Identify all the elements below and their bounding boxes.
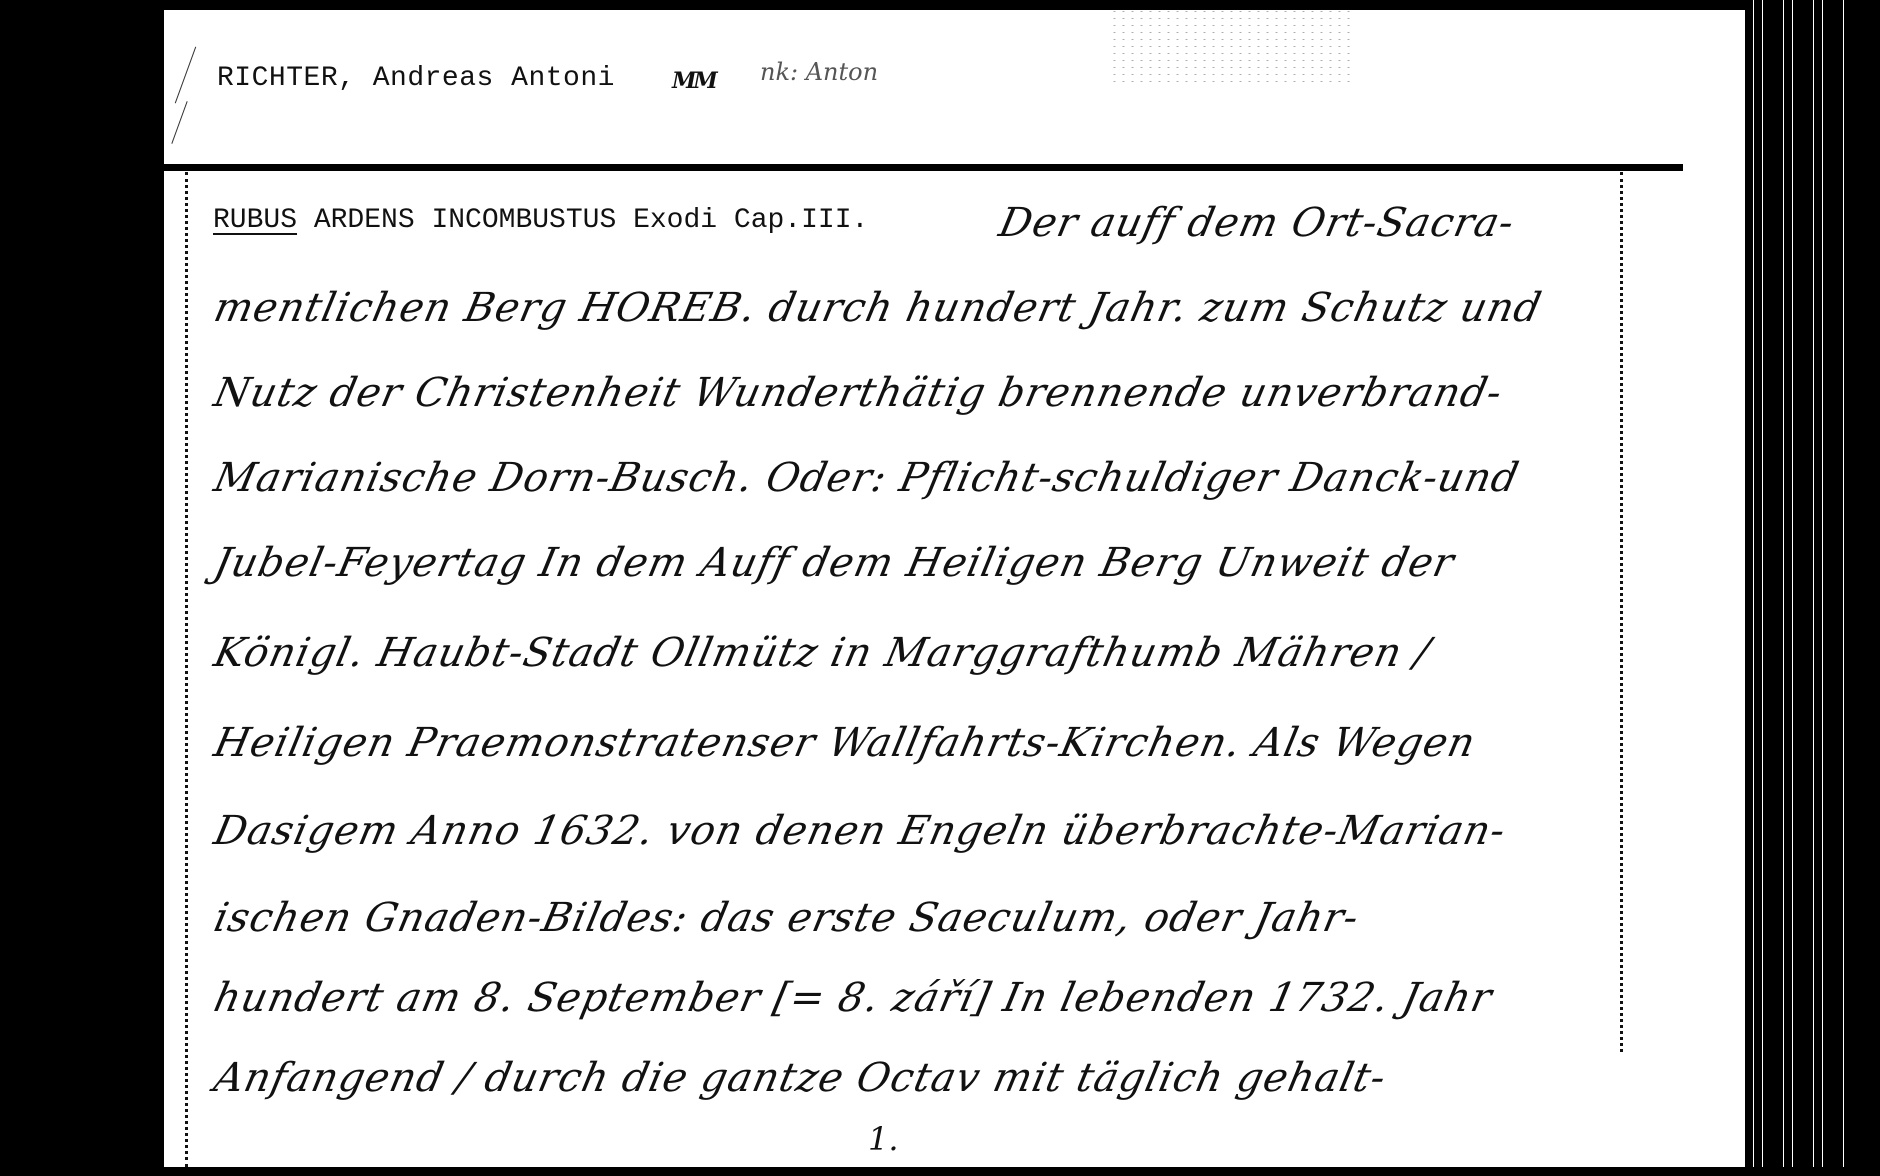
handwritten-line: Jubel-Feyertag In dem Auff dem Heiligen … — [210, 540, 1459, 586]
right-dotted-border — [1620, 172, 1623, 1052]
handwritten-annotation: nk: Anton — [760, 58, 878, 86]
heading-underlined-word: RUBUS — [213, 205, 297, 236]
scan-edge-strip — [1745, 0, 1880, 1176]
handwritten-line: Nutz der Christenheit Wunderthätig brenn… — [210, 370, 1507, 416]
scan-bottom-edge — [0, 1167, 1880, 1176]
heading-rest: ARDENS INCOMBUSTUS Exodi Cap.III. — [297, 205, 868, 236]
typed-heading: RUBUS ARDENS INCOMBUSTUS Exodi Cap.III. — [213, 205, 868, 236]
margin-pencil-marks — [175, 45, 205, 145]
page-number: 1. — [868, 1120, 899, 1158]
handwritten-line: ischen Gnaden-Bildes: das erste Saeculum… — [210, 895, 1363, 941]
header-name: RICHTER, Andreas Antoni — [217, 63, 615, 94]
handwritten-line: hundert am 8. September [= 8. září] In l… — [210, 975, 1496, 1021]
left-dotted-border — [185, 172, 188, 1167]
handwritten-line: Königl. Haubt-Stadt Ollmütz in Marggraft… — [210, 630, 1435, 676]
stamp-noise — [1110, 8, 1350, 83]
handwritten-line: mentlichen Berg HOREB. durch hundert Jah… — [210, 285, 1546, 331]
handwritten-line: Anfangend / durch die gantze Octav mit t… — [210, 1055, 1390, 1101]
handwritten-line: Der auff dem Ort-Sacra- — [995, 200, 1519, 246]
handwritten-line: Dasigem Anno 1632. von denen Engeln über… — [210, 808, 1510, 854]
handwritten-line: Heiligen Praemonstratenser Wallfahrts-Ki… — [210, 720, 1480, 766]
handwritten-line: Marianische Dorn-Busch. Oder: Pflicht-sc… — [210, 455, 1523, 501]
struck-out-text: MM — [672, 68, 715, 94]
header-rule — [164, 164, 1683, 171]
